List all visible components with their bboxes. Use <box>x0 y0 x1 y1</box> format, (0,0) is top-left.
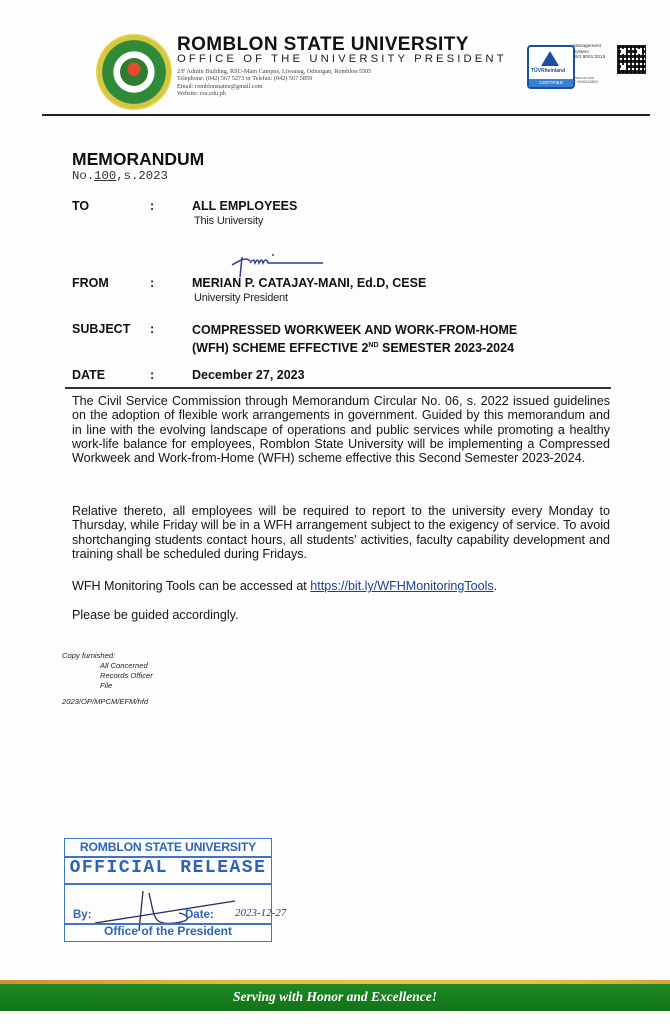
tuv-certified-badge-icon: TÜVRheinland CERTIFIED <box>527 45 575 89</box>
from-sub: University President <box>194 292 288 304</box>
from-value: MERIAN P. CATAJAY-MANI, Ed.D, CESE <box>192 276 426 291</box>
stamp-date-value: 2023-12-27 <box>235 907 286 919</box>
body-paragraph-1: The Civil Service Commission through Mem… <box>72 394 610 465</box>
website-line: Website: rsu.edu.ph <box>177 90 371 97</box>
subject-value: COMPRESSED WORKWEEK AND WORK-FROM-HOME (… <box>192 323 517 356</box>
subject-label: SUBJECT <box>72 322 130 336</box>
letterhead-address: 2/F Admin Building, RSU-Main Campus, Liw… <box>177 68 371 97</box>
memo-number: No.100,s.2023 <box>72 169 168 183</box>
certification-id: www.tuv.com ID 9000018853 <box>573 76 598 84</box>
footer-motto: Serving with Honor and Excellence! <box>0 989 670 1005</box>
to-colon: : <box>150 199 154 213</box>
stamp-by-label: By: <box>73 909 92 921</box>
memo-title: MEMORANDUM <box>72 149 204 170</box>
stamp-university: ROMBLON STATE UNIVERSITY <box>71 840 265 854</box>
recipient: File <box>100 681 153 691</box>
to-label: TO <box>72 199 89 213</box>
phone-line: Telephone: (042) 567 5273 or Telefax: (0… <box>177 75 371 82</box>
recipient: All Concerned <box>100 661 153 671</box>
email-line: Email: romblonstateu@gmail.com <box>177 83 371 90</box>
footer-band: Serving with Honor and Excellence! <box>0 984 670 1011</box>
reference-code: 2023/OP/MPCM/EFM/hfd <box>62 697 148 707</box>
iso-certification-text: Management System ISO 9001:2015 <box>573 44 605 61</box>
stamp-title: OFFICIAL RELEASE <box>68 858 268 878</box>
body-paragraph-2: Relative thereto, all employees will be … <box>72 504 610 561</box>
date-colon: : <box>150 368 154 382</box>
president-signature-icon <box>228 251 328 277</box>
recipient: Records Officer <box>100 671 153 681</box>
letterhead-divider <box>42 114 650 116</box>
subject-colon: : <box>150 322 154 336</box>
wfh-monitoring-tools-link[interactable]: https://bit.ly/WFHMonitoringTools <box>310 579 493 593</box>
date-value: December 27, 2023 <box>192 368 305 383</box>
stamp-office: Office of the President <box>65 924 271 938</box>
to-sub: This University <box>194 215 263 227</box>
body-paragraph-3: WFH Monitoring Tools can be accessed at … <box>72 579 610 593</box>
body-paragraph-4: Please be guided accordingly. <box>72 608 610 622</box>
university-seal-icon <box>98 36 170 108</box>
copy-furnished-label: Copy furnished: <box>62 651 115 661</box>
date-label: DATE <box>72 368 105 382</box>
official-release-stamp: ROMBLON STATE UNIVERSITY OFFICIAL RELEAS… <box>64 838 272 942</box>
copy-furnished-list: All Concerned Records Officer File <box>100 661 153 691</box>
address-line: 2/F Admin Building, RSU-Main Campus, Liw… <box>177 68 371 75</box>
to-value: ALL EMPLOYEES <box>192 199 297 214</box>
header-divider <box>65 387 611 389</box>
office-name: OFFICE OF THE UNIVERSITY PRESIDENT <box>177 53 507 65</box>
from-colon: : <box>150 276 154 290</box>
qr-code-icon <box>617 45 646 74</box>
stamp-date-label: Date: <box>185 909 214 921</box>
from-label: FROM <box>72 276 109 290</box>
